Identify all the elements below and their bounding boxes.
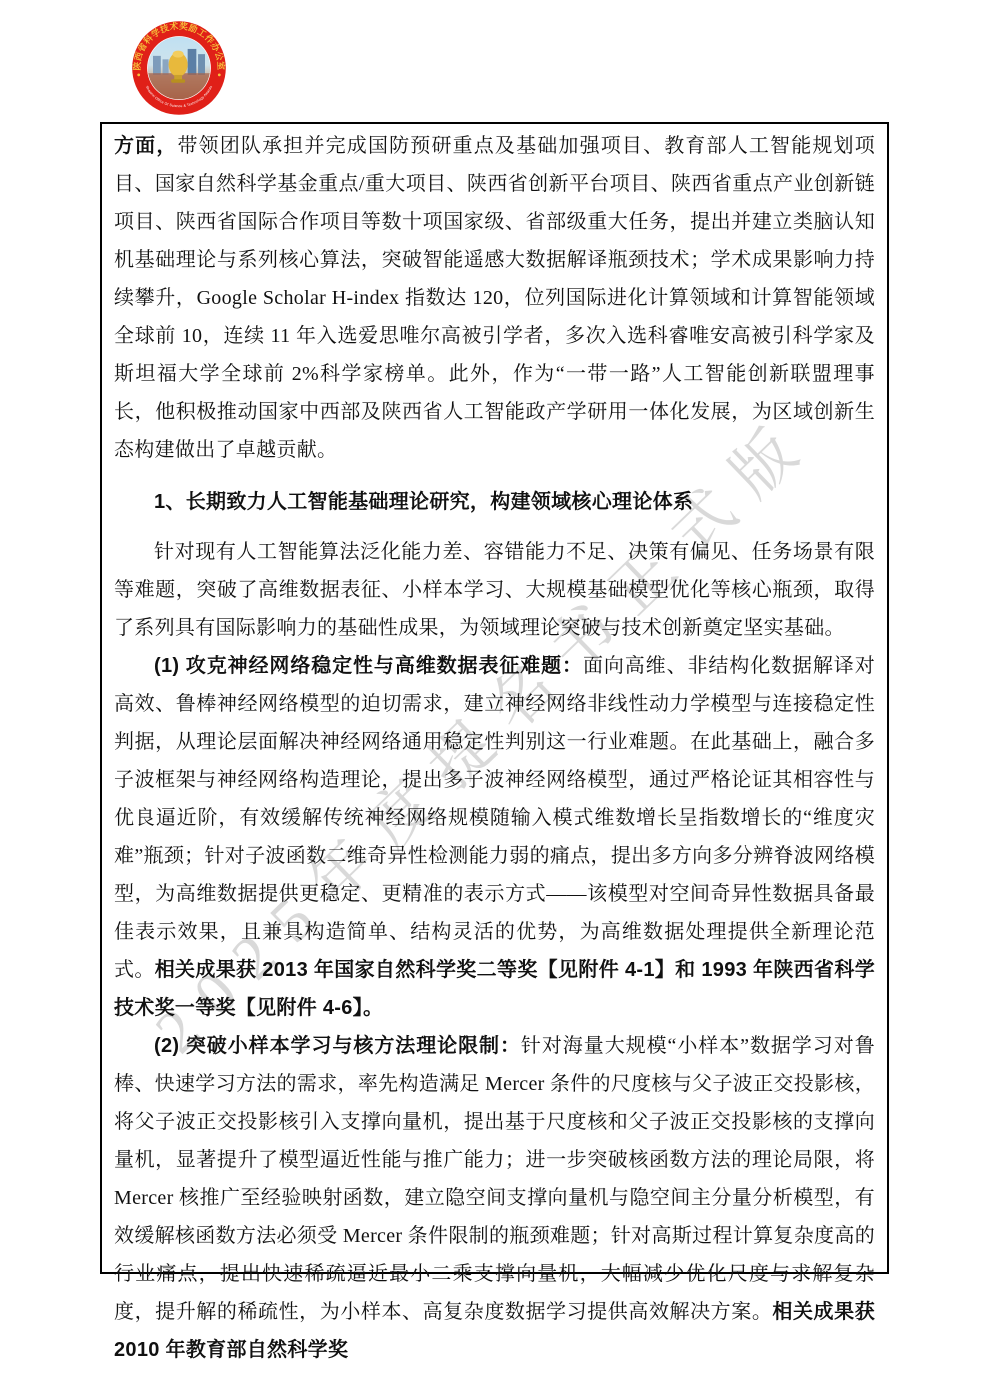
paragraph-p3-item1: (1) 攻克神经网络稳定性与高维数据表征难题：面向高维、非结构化数据解译对高效、… bbox=[114, 647, 875, 1027]
text-segment-bold: (2) 突破小样本学习与核方法理论限制： bbox=[154, 1035, 521, 1057]
document-body: 方面，带领团队承担并完成国防预研重点及基础加强项目、教育部人工智能规划项目、国家… bbox=[114, 127, 875, 1369]
paragraph-p2-overview: 针对现有人工智能算法泛化能力差、容错能力不足、决策有偏见、任务场景有限等难题，突… bbox=[114, 533, 875, 647]
seal-dot-right bbox=[218, 74, 221, 77]
text-segment: 面向高维、非结构化数据解译对高效、鲁棒神经网络模型的迫切需求，建立神经网络非线性… bbox=[114, 655, 875, 981]
text-segment-bold: 相关成果获 2013 年国家自然科学奖二等奖【见附件 4-1】和 1993 年陕… bbox=[114, 959, 875, 1019]
page: 陕西省科学技术奖励工作办公室 Shaanxi Office Of Science… bbox=[0, 0, 990, 1399]
text-segment-bold: (1) 攻克神经网络稳定性与高维数据表征难题： bbox=[154, 655, 583, 677]
paragraph-section-heading-1: 1、长期致力人工智能基础理论研究，构建领域核心理论体系 bbox=[114, 483, 875, 521]
document-content-box: 方面，带领团队承担并完成国防预研重点及基础加强项目、教育部人工智能规划项目、国家… bbox=[100, 122, 889, 1274]
text-segment-bold: 1、长期致力人工智能基础理论研究，构建领域核心理论体系 bbox=[154, 491, 693, 513]
paragraph-p4-item2: (2) 突破小样本学习与核方法理论限制：针对海量大规模“小样本”数据学习对鲁棒、… bbox=[114, 1027, 875, 1369]
paragraph-p1-continuation: 方面，带领团队承担并完成国防预研重点及基础加强项目、教育部人工智能规划项目、国家… bbox=[114, 127, 875, 469]
text-segment: 针对现有人工智能算法泛化能力差、容错能力不足、决策有偏见、任务场景有限等难题，突… bbox=[114, 541, 875, 639]
seal-center-photo bbox=[148, 37, 210, 99]
text-segment-bold: 方面， bbox=[114, 135, 178, 157]
text-segment: 针对海量大规模“小样本”数据学习对鲁棒、快速学习方法的需求，率先构造满足 Mer… bbox=[114, 1035, 875, 1323]
org-seal-logo: 陕西省科学技术奖励工作办公室 Shaanxi Office Of Science… bbox=[127, 16, 231, 120]
text-segment: 带领团队承担并完成国防预研重点及基础加强项目、教育部人工智能规划项目、国家自然科… bbox=[114, 135, 875, 461]
org-seal-graphic: 陕西省科学技术奖励工作办公室 Shaanxi Office Of Science… bbox=[127, 16, 231, 120]
seal-dot-left bbox=[137, 74, 140, 77]
